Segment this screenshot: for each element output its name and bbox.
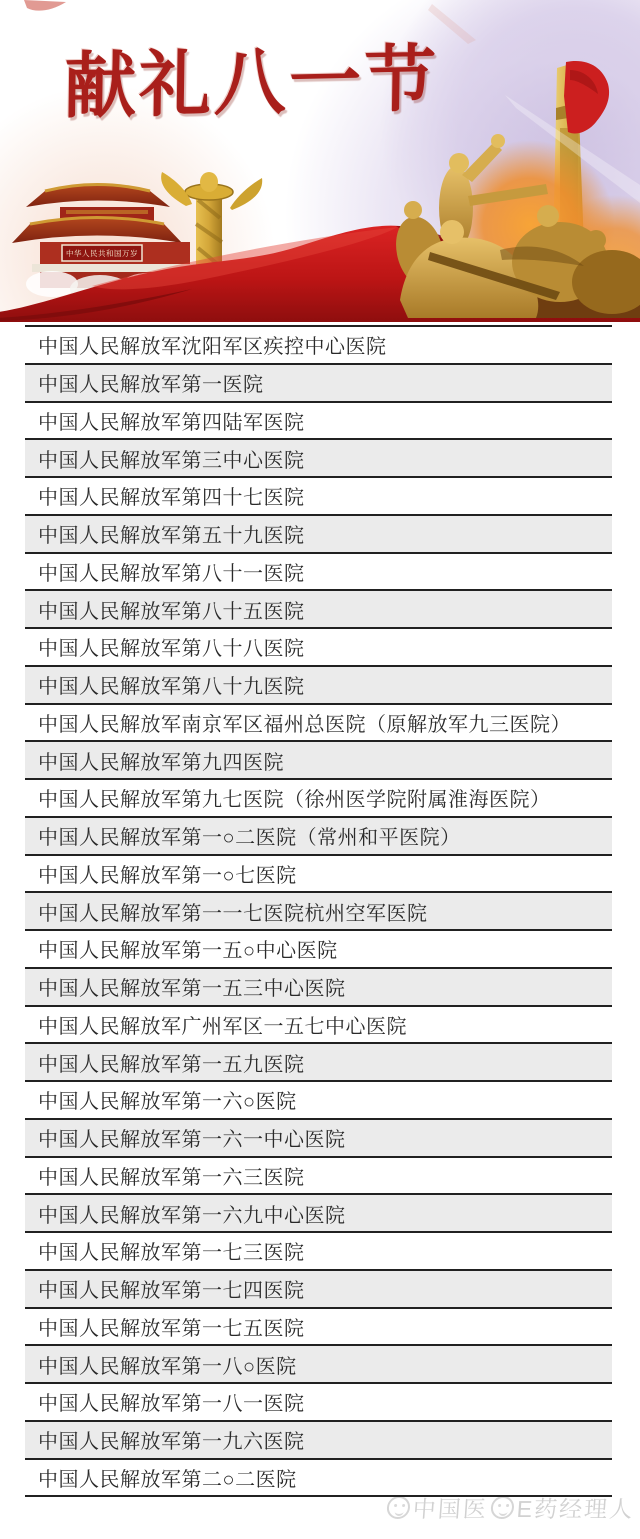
hospital-row: 中国人民解放军第四十七医院	[25, 476, 612, 514]
hospital-row: 中国人民解放军沈阳军区疾控中心医院	[25, 325, 612, 363]
tiananmen-plaque-text: 中华人民共和国万岁	[66, 248, 138, 258]
hospital-name: 中国人民解放军第一五三中心医院	[38, 972, 346, 1001]
hospital-name: 中国人民解放军第四陆军医院	[38, 406, 305, 435]
hospital-name: 中国人民解放军第一七四医院	[38, 1274, 305, 1303]
hospital-row: 中国人民解放军第九四医院	[25, 740, 612, 778]
hospital-name: 中国人民解放军第一○二医院（常州和平医院）	[38, 821, 461, 850]
hospital-name: 中国人民解放军第一六三医院	[38, 1161, 305, 1190]
hospital-row: 中国人民解放军第八十九医院	[25, 665, 612, 703]
hospital-list: 中国人民解放军沈阳军区疾控中心医院 中国人民解放军第一医院 中国人民解放军第四陆…	[25, 325, 612, 1497]
hospital-name: 中国人民解放军第八十一医院	[38, 557, 305, 586]
hospital-name: 中国人民解放军第一六一中心医院	[38, 1123, 346, 1152]
hospital-row: 中国人民解放军第一七五医院	[25, 1307, 612, 1345]
hospital-row: 中国人民解放军第一一七医院杭州空军医院	[25, 891, 612, 929]
hospital-row: 中国人民解放军第三中心医院	[25, 438, 612, 476]
hospital-name: 中国人民解放军第八十九医院	[38, 670, 305, 699]
hospital-name: 中国人民解放军第八十八医院	[38, 632, 305, 661]
hospital-name: 中国人民解放军第二○二医院	[38, 1463, 297, 1492]
hospital-row: 中国人民解放军第一七三医院	[25, 1231, 612, 1269]
watermark-logo-icon	[386, 1496, 411, 1519]
watermark-logo-icon	[490, 1496, 515, 1519]
hospital-row: 中国人民解放军第八十八医院	[25, 627, 612, 665]
hospital-name: 中国人民解放军第一八一医院	[38, 1387, 305, 1416]
hospital-row: 中国人民解放军第八十五医院	[25, 589, 612, 627]
hospital-name: 中国人民解放军第一一七医院杭州空军医院	[38, 897, 428, 926]
banner-title: 献礼八一节	[63, 38, 484, 126]
hospital-name: 中国人民解放军第九四医院	[38, 746, 284, 775]
hospital-name: 中国人民解放军第一五九医院	[38, 1048, 305, 1077]
hospital-row: 中国人民解放军第一六○医院	[25, 1080, 612, 1118]
hospital-name: 中国人民解放军第五十九医院	[38, 519, 305, 548]
page: 中华人民共和国万岁	[0, 0, 640, 1539]
hospital-name: 中国人民解放军第一八○医院	[38, 1350, 297, 1379]
hospital-row: 中国人民解放军第一五三中心医院	[25, 967, 612, 1005]
hospital-name: 中国人民解放军南京军区福州总医院（原解放军九三医院）	[38, 708, 571, 737]
hospital-row: 中国人民解放军第一六九中心医院	[25, 1193, 612, 1231]
hospital-row: 中国人民解放军南京军区福州总医院（原解放军九三医院）	[25, 703, 612, 741]
hospital-name: 中国人民解放军第三中心医院	[38, 444, 305, 473]
hospital-name: 中国人民解放军第一九六医院	[38, 1425, 305, 1454]
hospital-row: 中国人民解放军第一○二医院（常州和平医院）	[25, 816, 612, 854]
hospital-row: 中国人民解放军第八十一医院	[25, 552, 612, 590]
hospital-name: 中国人民解放军第一七三医院	[38, 1236, 305, 1265]
banner-image: 中华人民共和国万岁	[0, 0, 640, 322]
hospital-row: 中国人民解放军第一五○中心医院	[25, 929, 612, 967]
hospital-name: 中国人民解放军第四十七医院	[38, 481, 305, 510]
hospital-row: 中国人民解放军第四陆军医院	[25, 401, 612, 439]
hospital-row: 中国人民解放军第一○七医院	[25, 854, 612, 892]
hospital-row: 中国人民解放军第五十九医院	[25, 514, 612, 552]
hospital-name: 中国人民解放军第一六○医院	[38, 1085, 297, 1114]
hospital-name: 中国人民解放军第一五○中心医院	[38, 934, 338, 963]
hospital-row: 中国人民解放军第一八一医院	[25, 1382, 612, 1420]
hospital-name: 中国人民解放军第一医院	[38, 368, 264, 397]
hospital-name: 中国人民解放军第一七五医院	[38, 1312, 305, 1341]
hospital-row: 中国人民解放军第九七医院（徐州医学院附属淮海医院）	[25, 778, 612, 816]
hospital-row: 中国人民解放军第一七四医院	[25, 1269, 612, 1307]
hospital-row: 中国人民解放军第一六三医院	[25, 1156, 612, 1194]
hospital-name: 中国人民解放军沈阳军区疾控中心医院	[38, 330, 387, 359]
hospital-name: 中国人民解放军第一○七医院	[38, 859, 297, 888]
hospital-row: 中国人民解放军第一九六医院	[25, 1420, 612, 1458]
hospital-name: 中国人民解放军第一六九中心医院	[38, 1199, 346, 1228]
hospital-row: 中国人民解放军第一六一中心医院	[25, 1118, 612, 1156]
hospital-row: 中国人民解放军第一医院	[25, 363, 612, 401]
hospital-name: 中国人民解放军第九七医院（徐州医学院附属淮海医院）	[38, 783, 551, 812]
hospital-row: 中国人民解放军广州军区一五七中心医院	[25, 1005, 612, 1043]
hospital-row: 中国人民解放军第一八○医院	[25, 1344, 612, 1382]
hospital-name: 中国人民解放军广州军区一五七中心医院	[38, 1010, 407, 1039]
hospital-row: 中国人民解放军第一五九医院	[25, 1042, 612, 1080]
hospital-name: 中国人民解放军第八十五医院	[38, 595, 305, 624]
hospital-row: 中国人民解放军第二○二医院	[25, 1458, 612, 1496]
